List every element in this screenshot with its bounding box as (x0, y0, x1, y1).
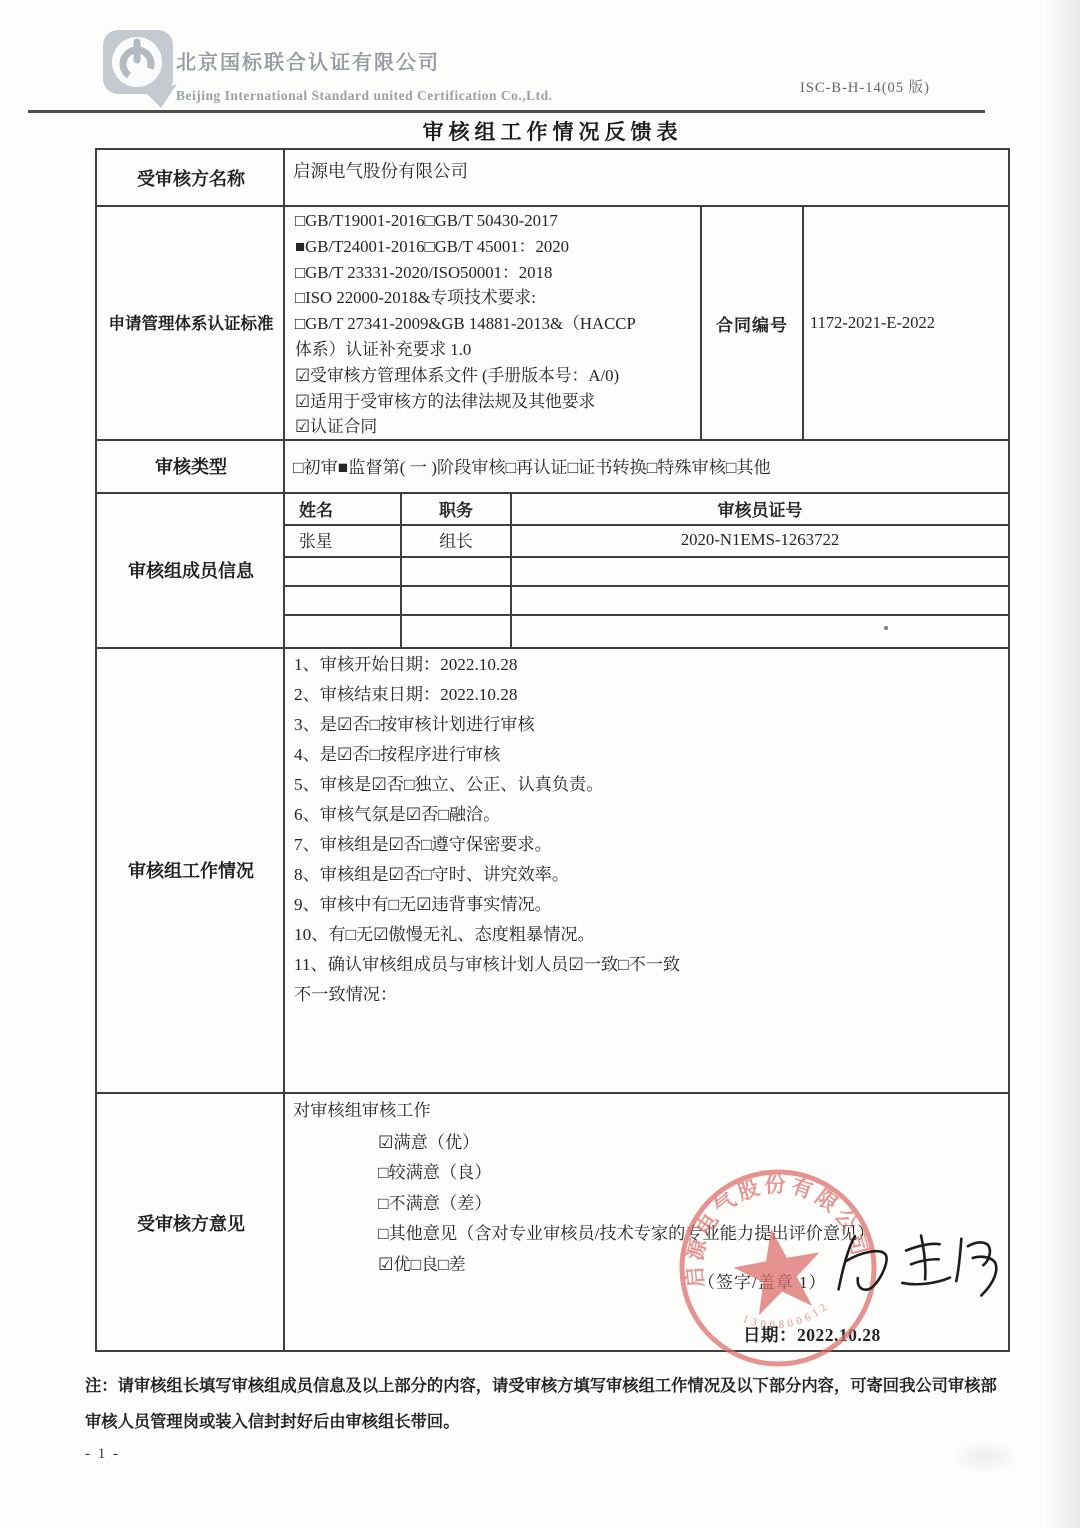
member-cert (512, 614, 1008, 647)
form-table: 受审核方名称 申请管理体系认证标准 审核类型 审核组成员信息 审核组工作情况 受… (95, 148, 1010, 1352)
header-divider (28, 110, 985, 113)
standard-line: □GB/T 27341-2009&GB 14881-2013&（HACCP (295, 311, 697, 337)
row-label-team-work: 审核组工作情况 (97, 647, 285, 1092)
scan-edge-shading (1044, 0, 1080, 1528)
work-item-line: 8、审核组是☑否□守时、讲究效率。 (294, 860, 999, 890)
work-item-line: 1、审核开始日期：2022.10.28 (294, 650, 999, 680)
work-item-line: 5、审核是☑否□独立、公正、认真负责。 (294, 770, 999, 800)
row-label-standards: 申请管理体系认证标准 (97, 205, 285, 439)
footer-note-line1: 注：请审核组长填写审核组成员信息及以上部分的内容，请受审核方填写审核组工作情况及… (85, 1372, 1020, 1396)
opinion-option: □其他意见（含对专业审核员/技术专家的专业能力提出评价意见） (378, 1219, 874, 1249)
work-item-line: 3、是☑否□按审核计划进行审核 (294, 710, 999, 740)
contract-number-label: 合同编号 (702, 205, 802, 441)
work-item-line: 6、审核气氛是☑否□融洽。 (294, 800, 999, 830)
member-role: 组长 (402, 524, 510, 556)
company-name-en: Beijing International Standard united Ce… (176, 88, 553, 104)
work-item-line: 不一致情况： (294, 980, 999, 1010)
member-name (291, 614, 406, 647)
contract-column-divider (802, 205, 804, 441)
opinion-option: ☑满意（优） (378, 1128, 874, 1158)
standard-line: 体系）认证补充要求 1.0 (295, 337, 697, 363)
standard-line: □GB/T 23331-2020/ISO50001：2018 (295, 260, 697, 286)
member-name (291, 556, 406, 585)
member-header-role: 职务 (402, 492, 510, 524)
scan-smudge (950, 1440, 1020, 1474)
page-number: - 1 - (85, 1446, 120, 1463)
member-cert: 2020-N1EMS-1263722 (512, 524, 1008, 556)
opinion-option: □较满意（良） (378, 1158, 874, 1188)
member-role (402, 585, 510, 614)
member-header-cert: 审核员证号 (512, 492, 1008, 524)
team-work-items: 1、审核开始日期：2022.10.28 2、审核结束日期：2022.10.28 … (294, 650, 999, 1010)
standard-line: ☑受审核方管理体系文件 (手册版本号：A/0) (295, 363, 697, 389)
signature-date: 日期：2022.10.28 (743, 1322, 881, 1347)
standard-line: ☑适用于受审核方的法律法规及其他要求 (295, 389, 697, 415)
standard-line: □GB/T19001-2016□GB/T 50430-2017 (295, 208, 697, 234)
form-code: ISC-B-H-14(05 版) (800, 76, 930, 97)
opinion-option: □不满意（差） (378, 1189, 874, 1219)
work-item-line: 9、审核中有□无☑违背事实情况。 (294, 890, 999, 920)
auditee-name-value: 启源电气股份有限公司 (293, 158, 468, 183)
sign-stamp-label: （签字/盖章 1） (698, 1268, 826, 1293)
document-title: 审核组工作情况反馈表 (95, 116, 1010, 146)
work-item-line: 11、确认审核组成员与审核计划人员☑一致□不一致 (294, 950, 999, 980)
row-label-team-members: 审核组成员信息 (97, 492, 285, 647)
work-item-line: 2、审核结束日期：2022.10.28 (294, 680, 999, 710)
scan-speck (884, 626, 888, 630)
member-name (291, 585, 406, 614)
member-cert (512, 585, 1008, 614)
member-role (402, 614, 510, 647)
scanned-form-page: 北京国标联合认证有限公司 Beijing International Stand… (0, 0, 1080, 1528)
member-role (402, 556, 510, 585)
opinion-options: ☑满意（优） □较满意（良） □不满意（差） □其他意见（含对专业审核员/技术专… (378, 1128, 874, 1280)
audit-type-value: □初审■监督第( 一 )阶段审核□再认证□证书转换□特殊审核□其他 (293, 439, 771, 492)
work-item-line: 7、审核组是☑否□遵守保密要求。 (294, 830, 999, 860)
row-label-auditee-opinion: 受审核方意见 (97, 1092, 285, 1354)
row-label-audit-type: 审核类型 (97, 439, 285, 492)
opinion-heading: 对审核组审核工作 (293, 1096, 431, 1121)
member-cert (512, 556, 1008, 585)
standard-line: ☑认证合同 (295, 414, 697, 440)
work-item-line: 4、是☑否□按程序进行审核 (294, 740, 999, 770)
work-item-line: 10、有□无☑傲慢无礼、态度粗暴情况。 (294, 920, 999, 950)
contract-number-value: 1172-2021-E-2022 (810, 205, 935, 441)
standards-checklist: □GB/T19001-2016□GB/T 50430-2017 ■GB/T240… (295, 208, 697, 440)
member-name: 张星 (291, 524, 406, 556)
company-name-cn: 北京国标联合认证有限公司 (176, 46, 440, 75)
standard-line: □ISO 22000-2018&专项技术要求: (295, 285, 697, 311)
footer-note-line2: 审核人员管理岗或装入信封封好后由审核组长带回。 (85, 1408, 1020, 1432)
member-header-name: 姓名 (291, 492, 406, 524)
standard-line: ■GB/T24001-2016□GB/T 45001：2020 (295, 234, 697, 260)
row-label-auditee-name: 受审核方名称 (97, 150, 285, 205)
